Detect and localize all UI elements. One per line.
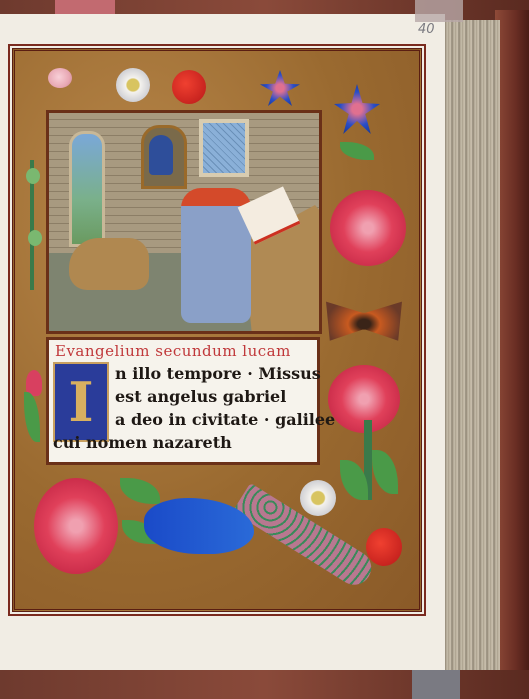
- text-line: est angelus gabriel: [115, 385, 335, 408]
- leaded-window: [199, 119, 249, 177]
- arched-window-landscape: [69, 131, 105, 247]
- ribbon-marker-top: [415, 0, 463, 22]
- text-line: n illo tempore · Missus: [115, 362, 335, 385]
- rubric-heading: Evangelium secundum lucam: [55, 342, 311, 360]
- thistle-bud-icon: [28, 230, 42, 246]
- strawberry-icon: [172, 70, 206, 104]
- textile-headband: [55, 0, 115, 14]
- binding-edge: [495, 10, 529, 670]
- text-line: a deo in civitate · galilee: [115, 408, 335, 431]
- folio-number: 40: [418, 22, 435, 37]
- madonna-and-child-icon: [149, 135, 173, 175]
- pink-carnation-icon: [330, 190, 406, 266]
- page-edges: [440, 20, 500, 670]
- miniature-painting: [46, 110, 322, 334]
- white-blossom-icon: [116, 68, 150, 102]
- white-blossom-icon: [300, 480, 336, 516]
- strawberry-icon: [366, 528, 402, 566]
- text-line: cui nomen nazareth: [53, 431, 335, 454]
- ox-icon: [69, 238, 149, 290]
- ribbon-marker-bottom: [412, 670, 460, 699]
- snail-icon: [48, 68, 72, 88]
- thistle-bud-icon: [26, 168, 40, 184]
- text-lines: n illo tempore · Missus est angelus gabr…: [115, 362, 335, 454]
- illuminated-initial: I: [53, 362, 109, 442]
- pink-carnation-icon: [34, 478, 118, 574]
- gospel-text-block: Evangelium secundum lucam I n illo tempo…: [46, 337, 320, 465]
